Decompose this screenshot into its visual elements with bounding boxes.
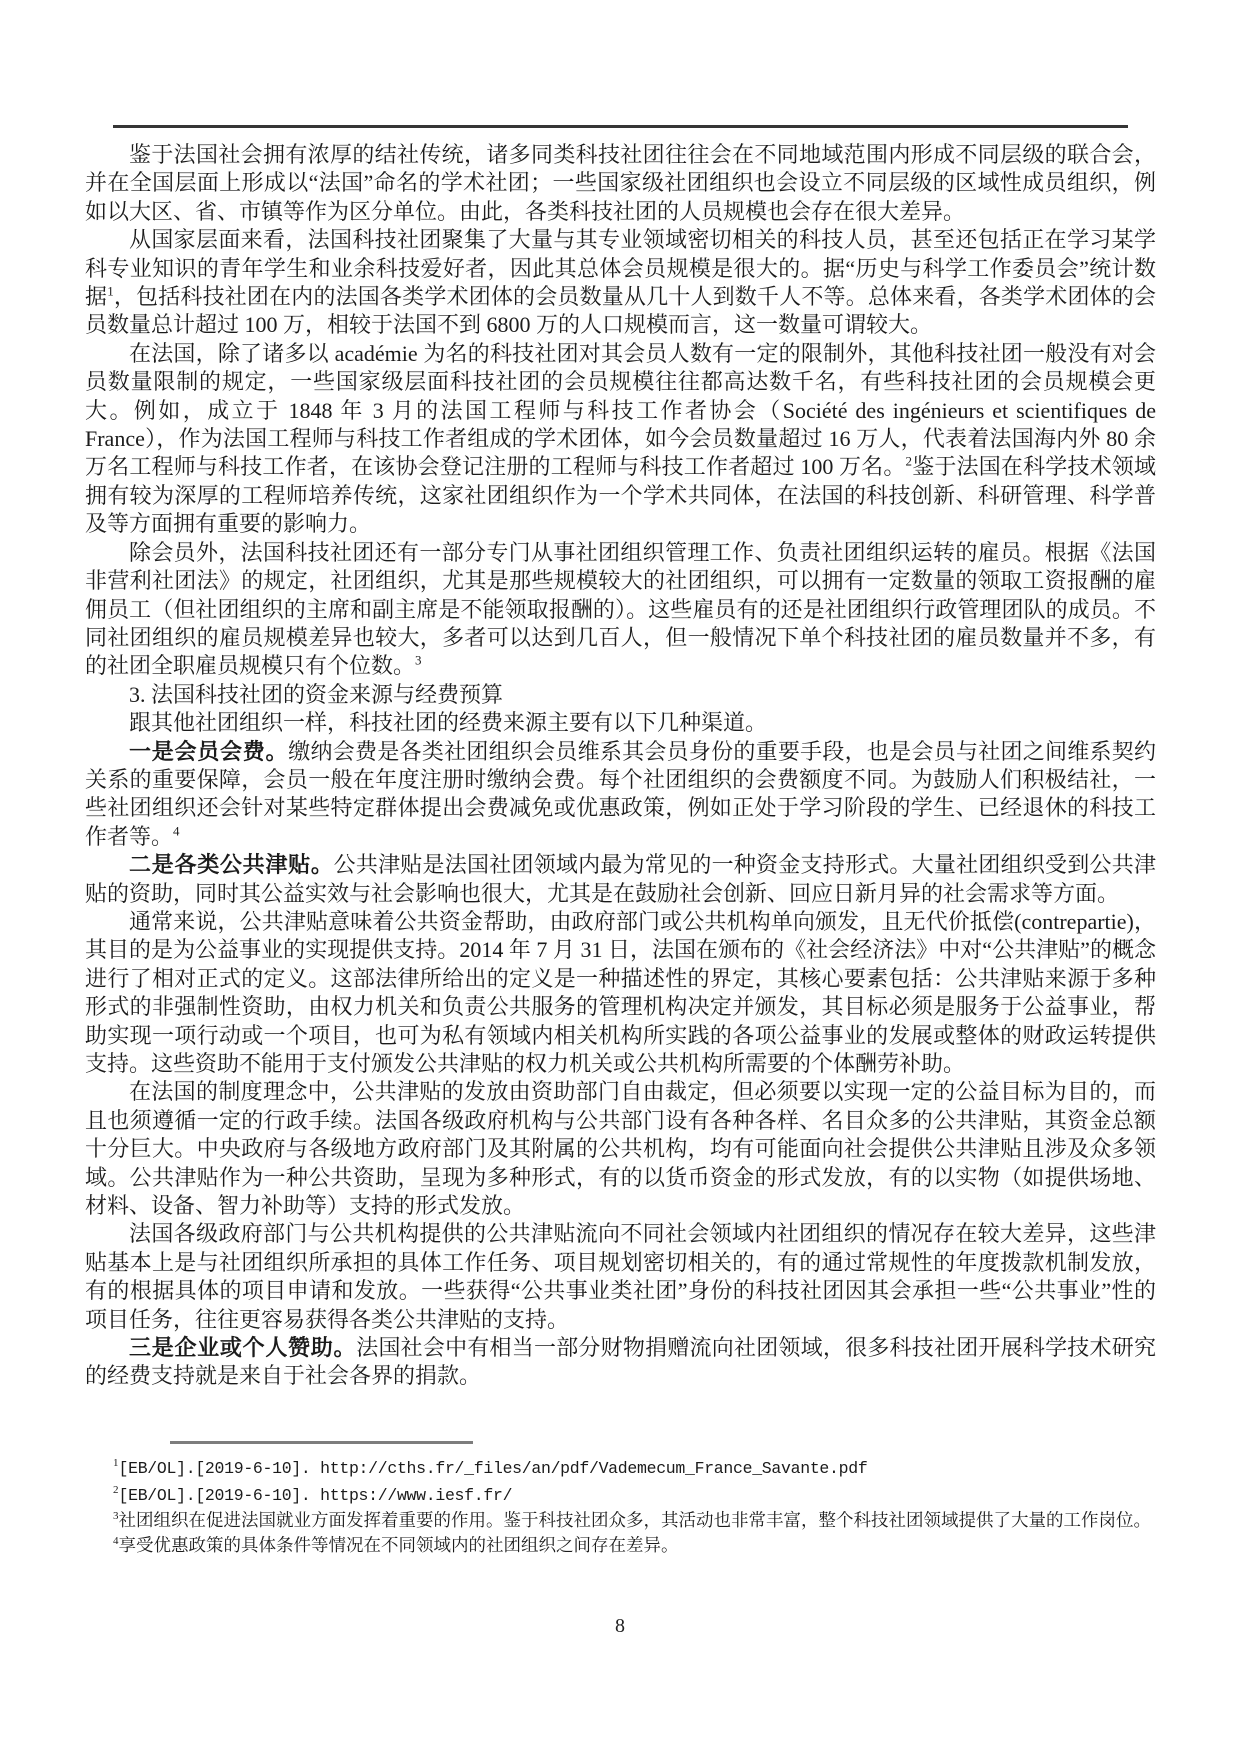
page-number: 8 xyxy=(0,1615,1240,1638)
paragraph-associations-federations: 鉴于法国社会拥有浓厚的结社传统，诸多同类科技社团往往会在不同地域范围内形成不同层… xyxy=(85,141,1156,226)
paragraph-subsidy-system: 在法国的制度理念中，公共津贴的发放由资助部门自由裁定，但必须要以实现一定的公益目… xyxy=(85,1078,1156,1220)
paragraph-employees: 除会员外，法国科技社团还有一部分专门从事社团组织管理工作、负责社团组织运转的雇员… xyxy=(85,539,1156,681)
paragraph-text: 法国各级政府部门与公共机构提供的公共津贴流向不同社会领域内社团组织的情况存在较大… xyxy=(85,1221,1156,1331)
heading-text: 3. 法国科技社团的资金来源与经费预算 xyxy=(129,682,503,707)
footnote-3: 3社团组织在促进法国就业方面发挥着重要的作用。鉴于科技社团众多，其活动也非常丰富… xyxy=(113,1508,1157,1533)
footnote-text: [EB/OL].[2019-6-10]. https://www.iesf.fr… xyxy=(119,1486,513,1505)
paragraph-member-limits: 在法国，除了诸多以 académie 为名的科技社团对其会员人数有一定的限制外，… xyxy=(85,340,1156,539)
footnote-1: 1[EB/OL].[2019-6-10]. http://cths.fr/_fi… xyxy=(113,1455,1157,1482)
paragraph-funding-intro: 跟其他社团组织一样，科技社团的经费来源主要有以下几种渠道。 xyxy=(85,709,1156,737)
footnote-ref-4: 4 xyxy=(173,823,180,838)
paragraph-text: ，包括科技社团在内的法国各类学术团体的会员数量从几十人到数千人不等。总体来看，各… xyxy=(85,284,1156,337)
paragraph-text: 跟其他社团组织一样，科技社团的经费来源主要有以下几种渠道。 xyxy=(129,710,767,735)
footnote-text: 享受优惠政策的具体条件等情况在不同领域内的社团组织之间存在差异。 xyxy=(119,1535,679,1555)
header-rule xyxy=(113,125,1128,128)
footnote-text: 社团组织在促进法国就业方面发挥着重要的作用。鉴于科技社团众多，其活动也非常丰富，… xyxy=(119,1510,1152,1530)
footnote-2: 2[EB/OL].[2019-6-10]. https://www.iesf.f… xyxy=(113,1482,1157,1509)
footnote-4: 4享受优惠政策的具体条件等情况在不同领域内的社团组织之间存在差异。 xyxy=(113,1533,1157,1558)
paragraph-subsidy-definition: 通常来说，公共津贴意味着公共资金帮助，由政府部门或公共机构单向颁发，且无代价抵偿… xyxy=(85,908,1156,1078)
paragraph-text: 在法国的制度理念中，公共津贴的发放由资助部门自由裁定，但必须要以实现一定的公益目… xyxy=(85,1079,1156,1218)
body-text: 鉴于法国社会拥有浓厚的结社传统，诸多同类科技社团往往会在不同地域范围内形成不同层… xyxy=(85,141,1156,1391)
footnote-separator-rule xyxy=(170,1441,473,1444)
paragraph-public-subsidies: 二是各类公共津贴。公共津贴是法国社团领域内最为常见的一种资金支持形式。大量社团组… xyxy=(85,851,1156,908)
paragraph-membership-scale: 从国家层面来看，法国科技社团聚集了大量与其专业领域密切相关的科技人员，甚至还包括… xyxy=(85,226,1156,340)
footnotes: 1[EB/OL].[2019-6-10]. http://cths.fr/_fi… xyxy=(113,1455,1157,1557)
footnote-ref-3: 3 xyxy=(415,653,422,668)
bold-lead-public-subsidies: 二是各类公共津贴。 xyxy=(129,852,334,877)
document-page: 鉴于法国社会拥有浓厚的结社传统，诸多同类科技社团往往会在不同地域范围内形成不同层… xyxy=(0,0,1240,1753)
paragraph-sponsorship: 三是企业或个人赞助。法国社会中有相当一部分财物捐赠流向社团领域，很多科技社团开展… xyxy=(85,1334,1156,1391)
paragraph-membership-fees: 一是会员会费。缴纳会费是各类社团组织会员维系其会员身份的重要手段，也是会员与社团… xyxy=(85,738,1156,852)
footnote-text: [EB/OL].[2019-6-10]. http://cths.fr/_fil… xyxy=(119,1459,868,1478)
paragraph-subsidy-distribution: 法国各级政府部门与公共机构提供的公共津贴流向不同社会领域内社团组织的情况存在较大… xyxy=(85,1220,1156,1334)
bold-lead-sponsorship: 三是企业或个人赞助。 xyxy=(129,1335,356,1360)
bold-lead-membership-fees: 一是会员会费。 xyxy=(129,739,288,764)
paragraph-text: 除会员外，法国科技社团还有一部分专门从事社团组织管理工作、负责社团组织运转的雇员… xyxy=(85,540,1156,679)
section-heading-funding: 3. 法国科技社团的资金来源与经费预算 xyxy=(85,681,1156,709)
paragraph-text: 鉴于法国社会拥有浓厚的结社传统，诸多同类科技社团往往会在不同地域范围内形成不同层… xyxy=(85,142,1156,224)
paragraph-text: 通常来说，公共津贴意味着公共资金帮助，由政府部门或公共机构单向颁发，且无代价抵偿… xyxy=(85,909,1156,1076)
